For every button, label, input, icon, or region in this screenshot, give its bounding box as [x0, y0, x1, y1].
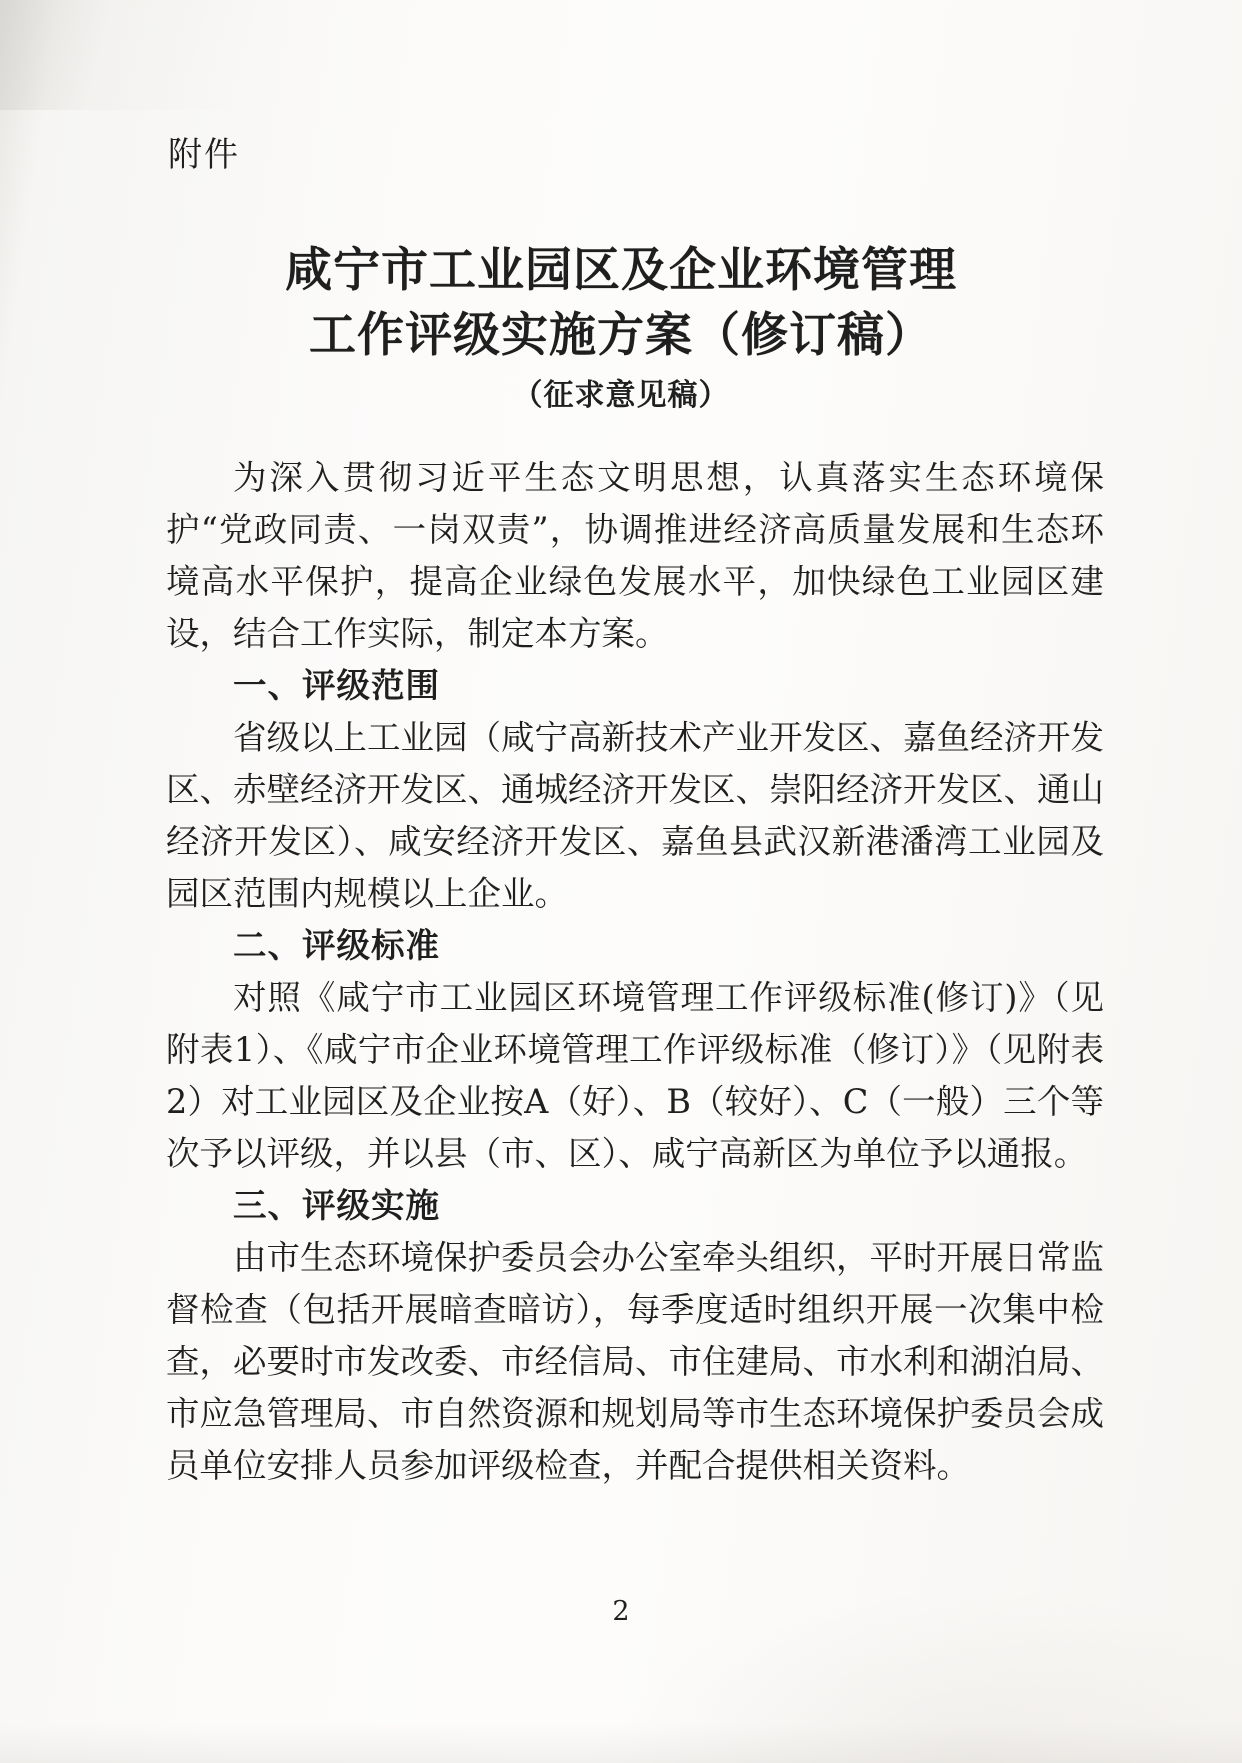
- attachment-label: 附件: [168, 134, 240, 176]
- body-paragraph: 对照《咸宁市工业园区环境管理工作评级标准(修订)》（见附表1）、《咸宁市企业环境…: [166, 972, 1104, 1180]
- body-paragraph: 由市生态环境保护委员会办公室牵头组织，平时开展日常监督检查（包括开展暗查暗访），…: [166, 1232, 1104, 1492]
- section-heading: 二、评级标准: [166, 920, 1104, 972]
- body-paragraph: 为深入贯彻习近平生态文明思想，认真落实生态环境保护“党政同责、一岗双责”，协调推…: [166, 452, 1104, 660]
- document-body: 为深入贯彻习近平生态文明思想，认真落实生态环境保护“党政同责、一岗双责”，协调推…: [166, 452, 1104, 1492]
- document-title-line2: 工作评级实施方案（修订稿）: [0, 303, 1242, 368]
- body-paragraph: 省级以上工业园（咸宁高新技术产业开发区、嘉鱼经济开发区、赤壁经济开发区、通城经济…: [166, 712, 1104, 920]
- document-subtitle: （征求意见稿）: [0, 376, 1242, 416]
- document-page: 附件 咸宁市工业园区及企业环境管理 工作评级实施方案（修订稿） （征求意见稿） …: [0, 0, 1242, 1763]
- section-heading: 一、评级范围: [166, 660, 1104, 712]
- page-number: 2: [0, 1596, 1242, 1628]
- document-title-line1: 咸宁市工业园区及企业环境管理: [0, 238, 1242, 303]
- document-title: 咸宁市工业园区及企业环境管理 工作评级实施方案（修订稿） （征求意见稿）: [0, 238, 1242, 416]
- section-heading: 三、评级实施: [166, 1180, 1104, 1232]
